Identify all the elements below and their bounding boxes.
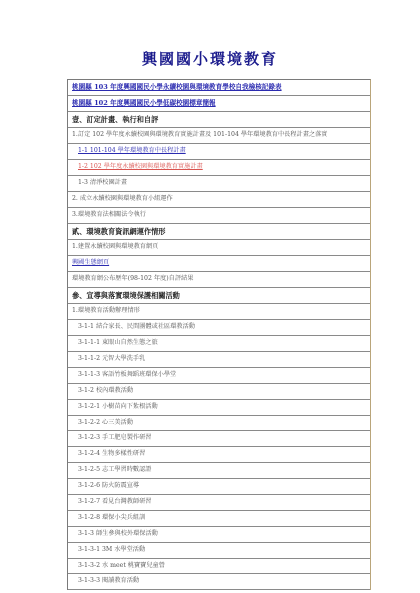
list-item: 3-1-2-2 心三美活動 <box>68 416 370 432</box>
list-item: 3-1-2 校內環教活動 <box>68 384 370 400</box>
list-item: 3-1-1-2 元智大學洗手乳 <box>68 352 370 368</box>
section-heading-1: 壹、訂定計畫、執行和自評 <box>68 112 370 129</box>
document-index-table: 桃園縣 103 年度興國國民小學永續校園與環境教育學校自我檢核記錄表 桃園縣 1… <box>67 79 371 590</box>
list-item: 3-1-1-3 客語竹板舞蹈班環保小學堂 <box>68 368 370 384</box>
section-heading-2: 貳、環境教育資訊網運作情形 <box>68 224 370 241</box>
list-item: 3-1-1-1 東眼山自然生態之旅 <box>68 336 370 352</box>
link-row-1-1: 1-1 101-104 學年環境教育中長程計畫 <box>68 144 370 160</box>
low-carbon-badge-link[interactable]: 桃園縣 102 年度興國國民小學低碳校園標章簡報 <box>72 99 216 107</box>
list-item: 3-1-2-4 生物多樣性研習 <box>68 447 370 463</box>
list-item: 3-1-2-5 志工學習時數認證 <box>68 463 370 479</box>
list-item: 3-1-2-8 環保小尖兵組訓 <box>68 511 370 527</box>
list-item: 3-1-2-7 看見台灣教師研習 <box>68 495 370 511</box>
page-title: 興國國小環境教育 <box>0 48 420 69</box>
list-item: 3-1-1 結合家長、民間團體或社區環教活動 <box>68 320 370 336</box>
list-item: 1.建置永續校園與環境教育網頁 <box>68 240 370 256</box>
list-item: 2. 成立永續校園與環境教育小組運作 <box>68 192 370 208</box>
list-item: 3.環境教育法相關法令執行 <box>68 208 370 224</box>
section-heading-3: 參、宣導與落實環境保護相關活動 <box>68 288 370 305</box>
list-item: 3-1-2-3 手工肥皂製作研習 <box>68 431 370 447</box>
list-item: 3-1-3-3 閱讀教育活動 <box>68 574 370 590</box>
implementation-plan-link[interactable]: 1-2 102 學年度永續校園與環境教育實施計畫 <box>78 163 203 170</box>
list-item: 1.環境教育活動辦理情形 <box>68 304 370 320</box>
list-item: 1.訂定 102 學年度永續校園與環境教育實施計畫及 101-104 學年環境教… <box>68 128 370 144</box>
list-item: 1-3 清淨校園計畫 <box>68 176 370 192</box>
ecology-webpage-link[interactable]: 興國生態網頁 <box>72 259 109 266</box>
list-item: 3-1-2-6 防火防震宣導 <box>68 479 370 495</box>
list-item: 3-1-3-2 水 meet 桃寶寶兒童營 <box>68 559 370 575</box>
list-item: 環境教育網公布歷年(98-102 年度)自評結果 <box>68 272 370 288</box>
link-row-103-self-check: 桃園縣 103 年度興國國民小學永續校園與環境教育學校自我檢核記錄表 <box>68 80 370 96</box>
self-check-record-link[interactable]: 桃園縣 103 年度興國國民小學永續校園與環境教育學校自我檢核記錄表 <box>72 83 282 91</box>
link-row-1-2: 1-2 102 學年度永續校園與環境教育實施計畫 <box>68 160 370 176</box>
list-item: 3-1-2-1 小樹苗向下紮根活動 <box>68 400 370 416</box>
link-row-ecology: 興國生態網頁 <box>68 256 370 272</box>
list-item: 3-1-3-1 3M 水學堂活動 <box>68 543 370 559</box>
mid-long-term-plan-link[interactable]: 1-1 101-104 學年環境教育中長程計畫 <box>78 147 186 154</box>
link-row-102-low-carbon: 桃園縣 102 年度興國國民小學低碳校園標章簡報 <box>68 96 370 112</box>
list-item: 3-1-3 師生參與校外環保活動 <box>68 527 370 543</box>
